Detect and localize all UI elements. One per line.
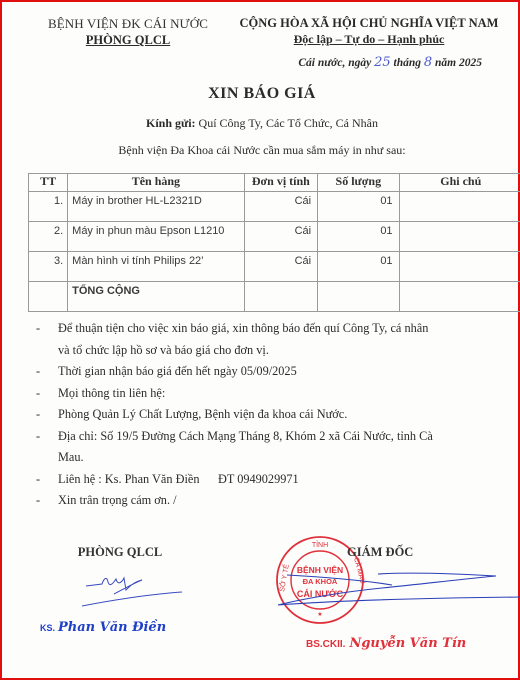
document-page: BỆNH VIỆN ĐK CÁI NƯỚC PHÒNG QLCL CỘNG HÒ… [0, 0, 520, 680]
signer-right-prefix: BS.CKII. [306, 639, 345, 650]
stamp-and-signatures: TỈNH SỞ Y TẾ CÀ MAU BỆNH VIỆN ĐA KHOA CÁ… [2, 2, 520, 680]
stamp-ring-top: TỈNH [312, 540, 328, 549]
signer-left-prefix: KS. [40, 623, 55, 633]
qlcl-signature [82, 578, 182, 606]
signer-right-title: GIÁM ĐỐC [347, 545, 447, 560]
signer-left-name: KS. Phan Văn Điền [40, 620, 166, 635]
signer-right-name: BS.CKII. Nguyễn Văn Tín [306, 634, 466, 652]
signer-right-fullname: Nguyễn Văn Tín [349, 636, 466, 651]
signer-left-fullname: Phan Văn Điền [58, 620, 166, 635]
signer-left-title: PHÒNG QLCL [50, 545, 190, 560]
star-icon: ★ [317, 611, 322, 618]
stamp-line1: BỆNH VIỆN [297, 564, 343, 575]
